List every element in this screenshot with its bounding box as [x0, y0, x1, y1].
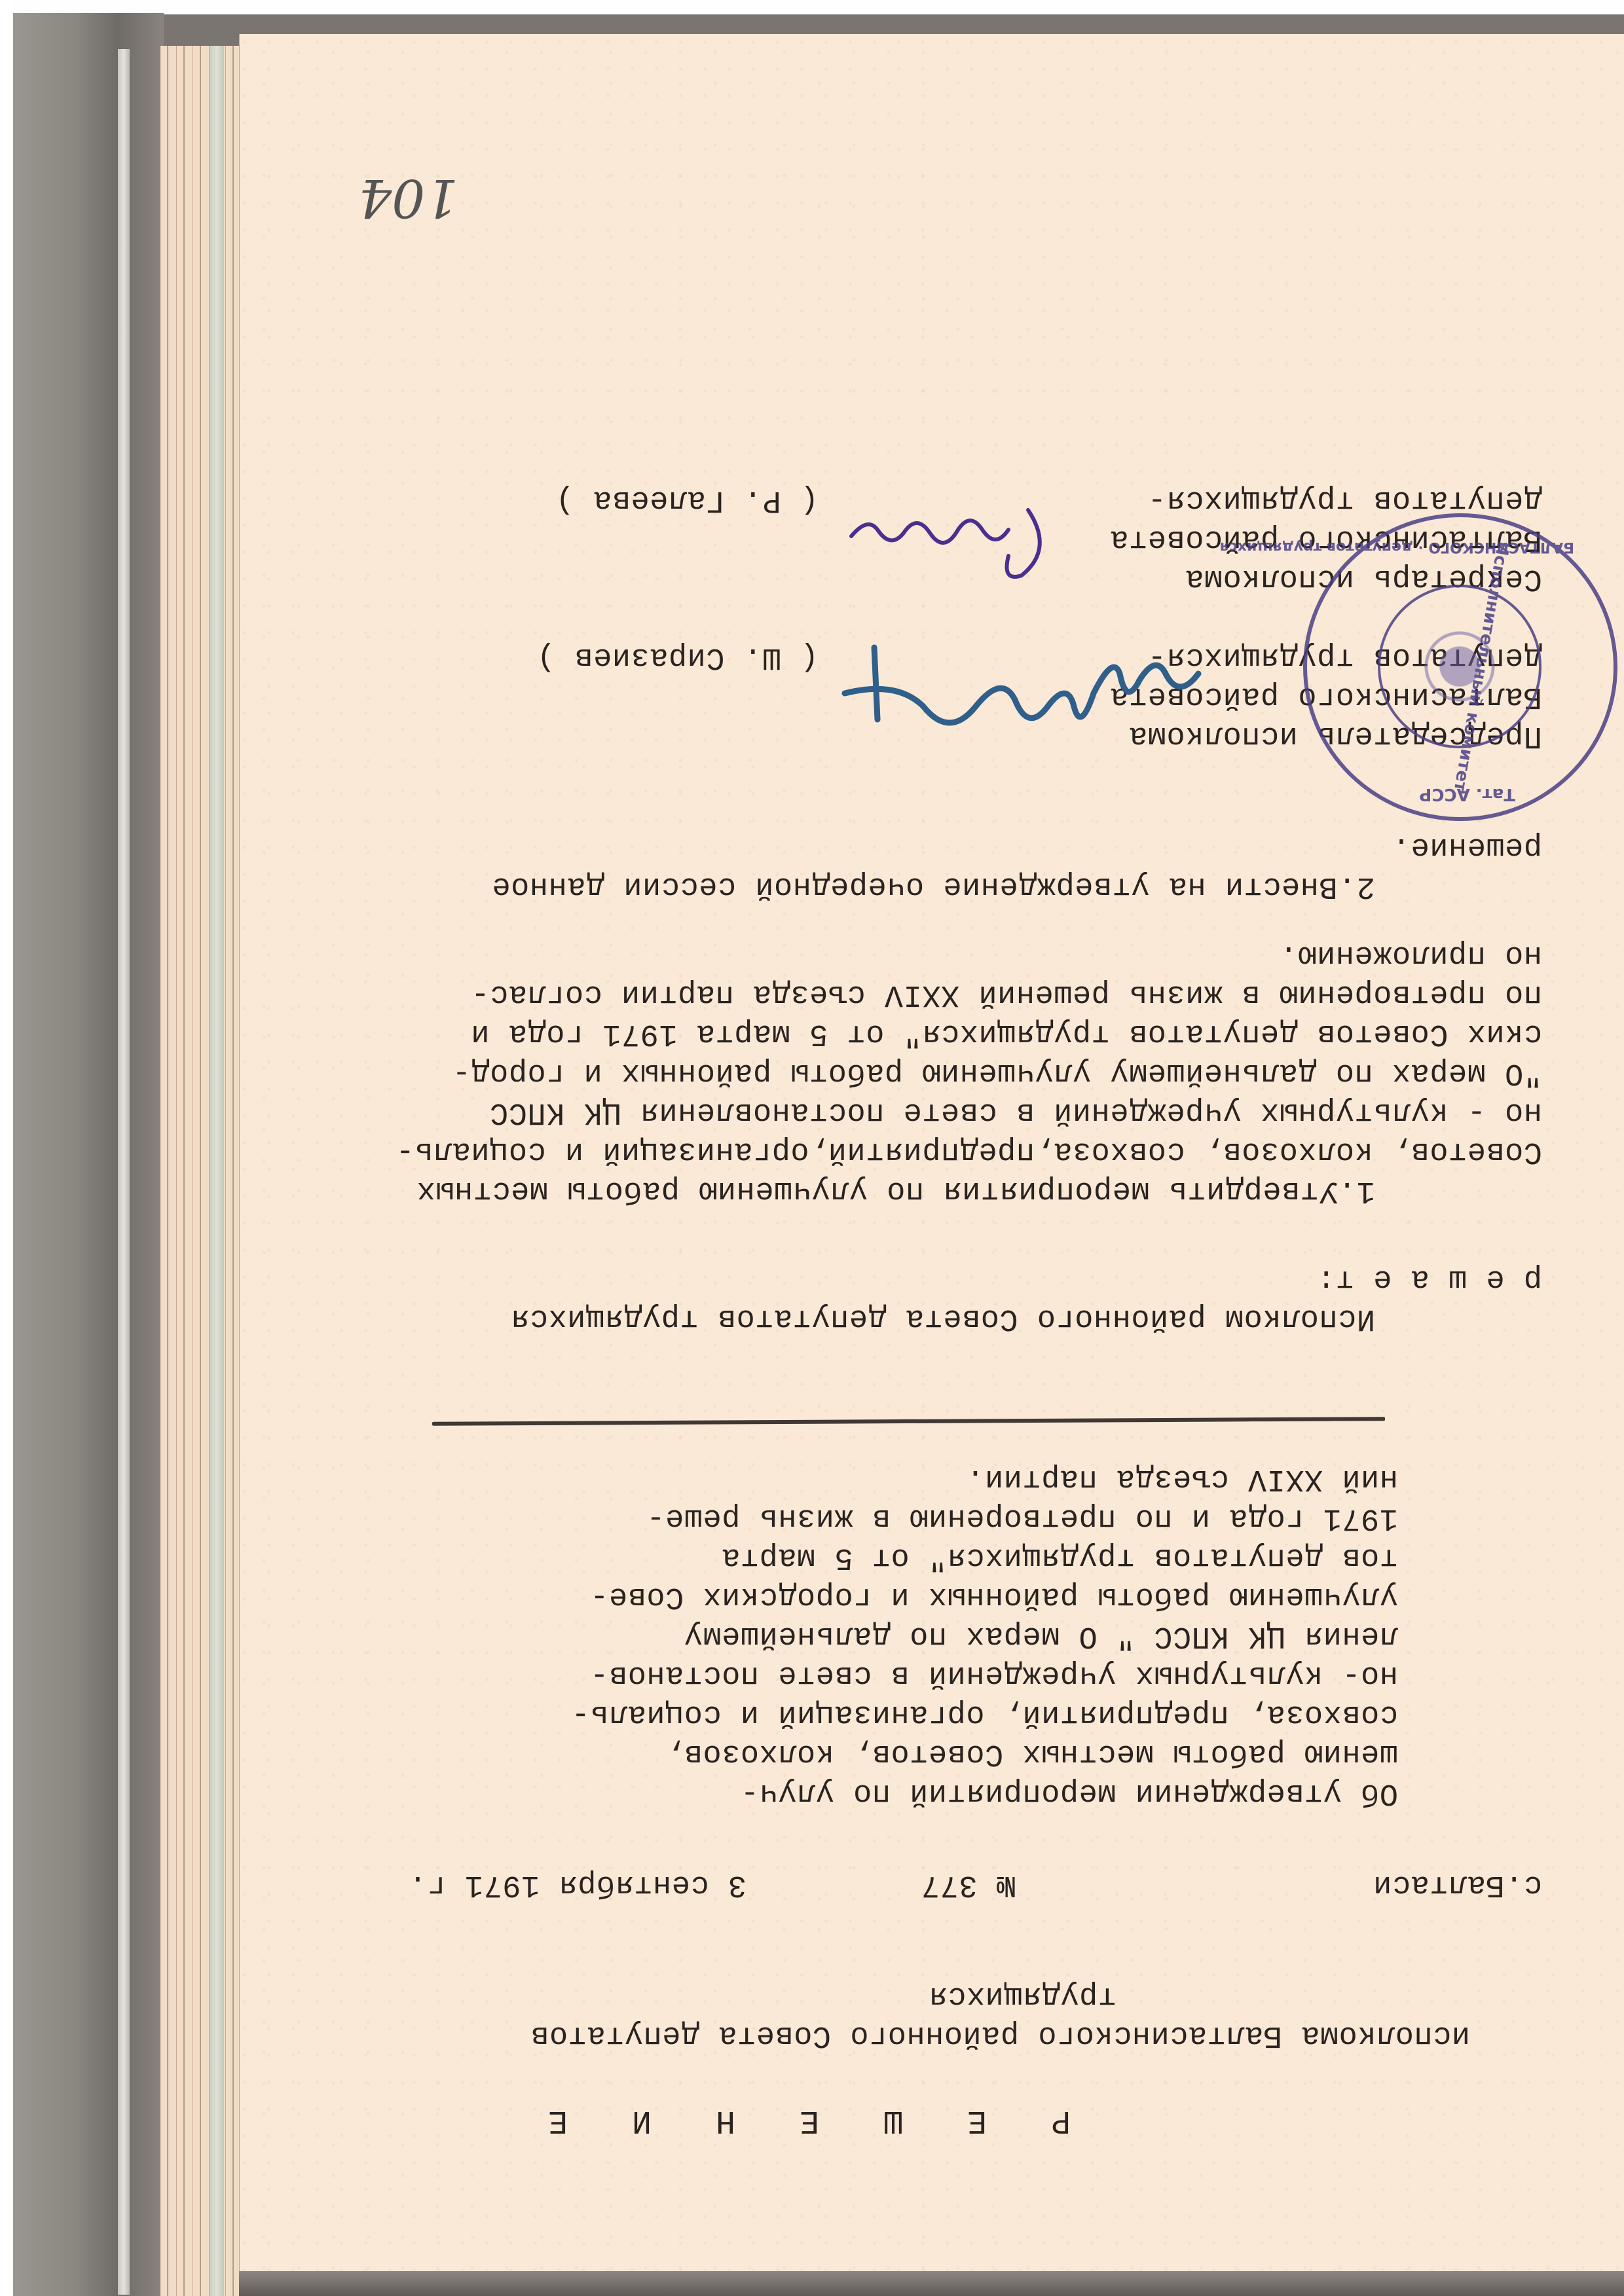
item-1-line: "О мерах по дальнейшему улучшению работы…	[452, 1052, 1542, 1093]
scanner-left-margin	[0, 0, 13, 2296]
official-stamp: Тат. АССР Исполнительный комитет БАЛТАСИ…	[1303, 513, 1617, 821]
item-1-line: по претворению в жизнь решений XXIV съез…	[471, 974, 1542, 1014]
issuer-line-1: исполкома Балтасинского районного Совета…	[530, 2014, 1470, 2055]
document-title: Р Е Ш Е Н И Е	[526, 2100, 1071, 2140]
stamp-bottom-text: БАЛТАСИНСКОГО · депутатов трудящихся	[1220, 539, 1574, 555]
item-1-line: ских Советов депутатов трудящихся" от 5 …	[471, 1013, 1542, 1053]
subject-line: шению работы местных Советов, колхозов,	[665, 1733, 1398, 1774]
document-content-rotated: Р Е Ш Е Н И Е исполкома Балтасинского ра…	[239, 34, 1624, 2271]
chairman-name: ( Ш. Сиразиев )	[536, 636, 819, 677]
subject-line: 1971 года и по претворению в жизнь реше-	[646, 1497, 1398, 1538]
subject-line: улучшению работы районных и городских Со…	[590, 1576, 1398, 1616]
item-1-line: 1.Утвердить мероприятия по улучшению раб…	[416, 1170, 1375, 1211]
item-2-line: 2.Внести на утверждение очередной сессии…	[492, 866, 1375, 906]
scanner-background	[13, 13, 118, 2296]
item-1-line: Советов, колхозов, совхоза,предприятий,о…	[396, 1131, 1542, 1171]
item-1-line: но приложению.	[1279, 934, 1542, 975]
chairman-signature	[838, 628, 1205, 746]
document-number: № 377	[921, 1864, 1015, 1904]
place: с.Балтаси	[1373, 1864, 1542, 1904]
subject-line: совхоза, предприятий, организаций и соци…	[571, 1694, 1398, 1734]
coat-of-arms-emblem-icon	[1404, 611, 1515, 722]
horizontal-rule	[432, 1417, 1385, 1426]
binding-spine	[118, 49, 130, 2295]
subject-line: ний XXIV съезда партии.	[966, 1458, 1398, 1499]
subject-line: Об утверждении мероприятий по улуч-	[740, 1772, 1398, 1813]
handwritten-page-number: 104	[358, 168, 458, 228]
issuer-line-2: трудящихся	[929, 1975, 1116, 2016]
preamble-line-1: Исполком районного Совета депутатов труд…	[511, 1298, 1375, 1338]
binding-tape-strip	[210, 46, 224, 2296]
stacked-page-edges	[160, 46, 242, 2296]
item-2-line: решение.	[1392, 826, 1542, 867]
item-1-line: но - культурных учреждений в свете поста…	[490, 1091, 1542, 1132]
preamble-line-2: р е ш а е т:	[1317, 1258, 1542, 1299]
secretary-role-line-3: депутатов трудящихся-	[1147, 479, 1542, 520]
subject-line: тов депутатов трудящихся" от 5 марта	[722, 1537, 1398, 1577]
subject-line: ления ЦК КПСС " О мерах по дальнейшему	[684, 1615, 1398, 1656]
scanner-top-margin	[13, 0, 1624, 14]
secretary-name: ( Р. Галеева )	[555, 479, 819, 520]
document-date: 3 сентября 1971 г.	[408, 1864, 747, 1904]
scanner-bottom-edge	[239, 2271, 1624, 2296]
subject-line: но- культурных учреждений в свете постан…	[590, 1654, 1398, 1695]
secretary-signature	[832, 490, 1067, 589]
